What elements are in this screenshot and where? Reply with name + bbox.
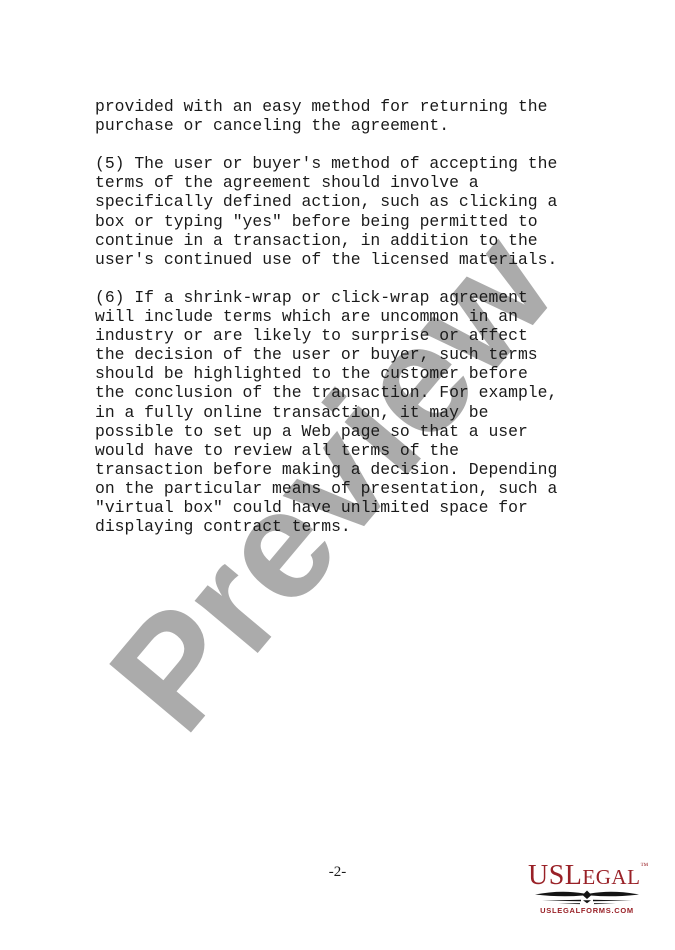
- wordmark-small-letters: EGAL: [582, 865, 640, 889]
- paragraph-item-6: (6) If a shrink-wrap or click-wrap agree…: [95, 288, 595, 536]
- document-body: provided with an easy method for returni…: [95, 97, 595, 555]
- paragraph-intro-continued: provided with an easy method for returni…: [95, 97, 595, 135]
- eagle-icon: [534, 889, 640, 906]
- uslegal-website: USLEGALFORMS.COM: [528, 907, 646, 915]
- uslegal-wordmark: USLEGAL™: [528, 862, 646, 890]
- paragraph-item-5: (5) The user or buyer's method of accept…: [95, 154, 595, 269]
- wordmark-large-letters: USL: [528, 860, 582, 891]
- document-page: Preview provided with an easy method for…: [0, 0, 675, 950]
- uslegal-logo: USLEGAL™ USLEGALFORMS.COM: [528, 862, 646, 915]
- trademark-symbol: ™: [640, 861, 648, 870]
